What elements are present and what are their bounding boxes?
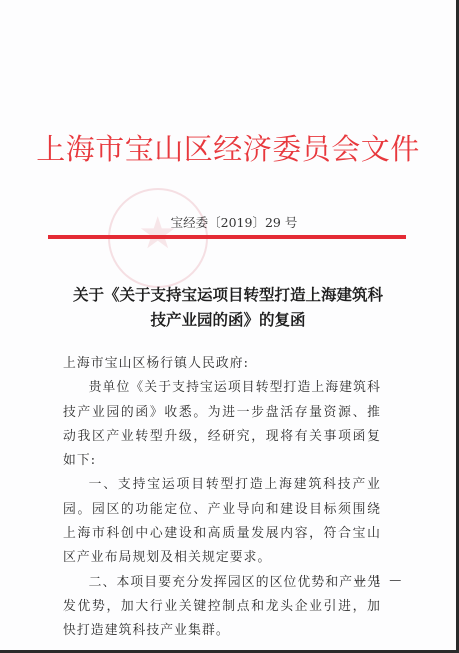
- body-paragraph: 一、支持宝运项目转型打造上海建筑科技产业园。园区的功能定位、产业导向和建设目标须…: [63, 473, 381, 570]
- document-subject: 关于《关于支持宝运项目转型打造上海建筑科 技产业园的函》的复函: [0, 283, 456, 333]
- document-page: 上海市宝山区经济委员会文件 ★ 宝经委〔2019〕29 号 关于《关于支持宝运项…: [0, 0, 459, 653]
- red-divider-line: [48, 235, 406, 239]
- subject-line-2: 技产业园的函》的复函: [0, 308, 456, 333]
- document-number: 宝经委〔2019〕29 号: [0, 215, 456, 231]
- body-paragraph: 二、本项目要充分发挥园区的区位优势和产业先发优势，加大行业关键控制点和龙头企业引…: [63, 571, 381, 644]
- salutation: 上海市宝山区杨行镇人民政府:: [63, 352, 381, 376]
- document-body: 上海市宝山区杨行镇人民政府: 贵单位《关于支持宝运项目转型打造上海建筑科技产业园…: [63, 352, 381, 644]
- subject-line-1: 关于《关于支持宝运项目转型打造上海建筑科: [0, 283, 456, 308]
- issuer-title: 上海市宝山区经济委员会文件: [0, 131, 456, 167]
- page-number: — 1 —: [354, 572, 403, 588]
- body-paragraph: 贵单位《关于支持宝运项目转型打造上海建筑科技产业园的函》收悉。为进一步盘活存量资…: [63, 376, 381, 473]
